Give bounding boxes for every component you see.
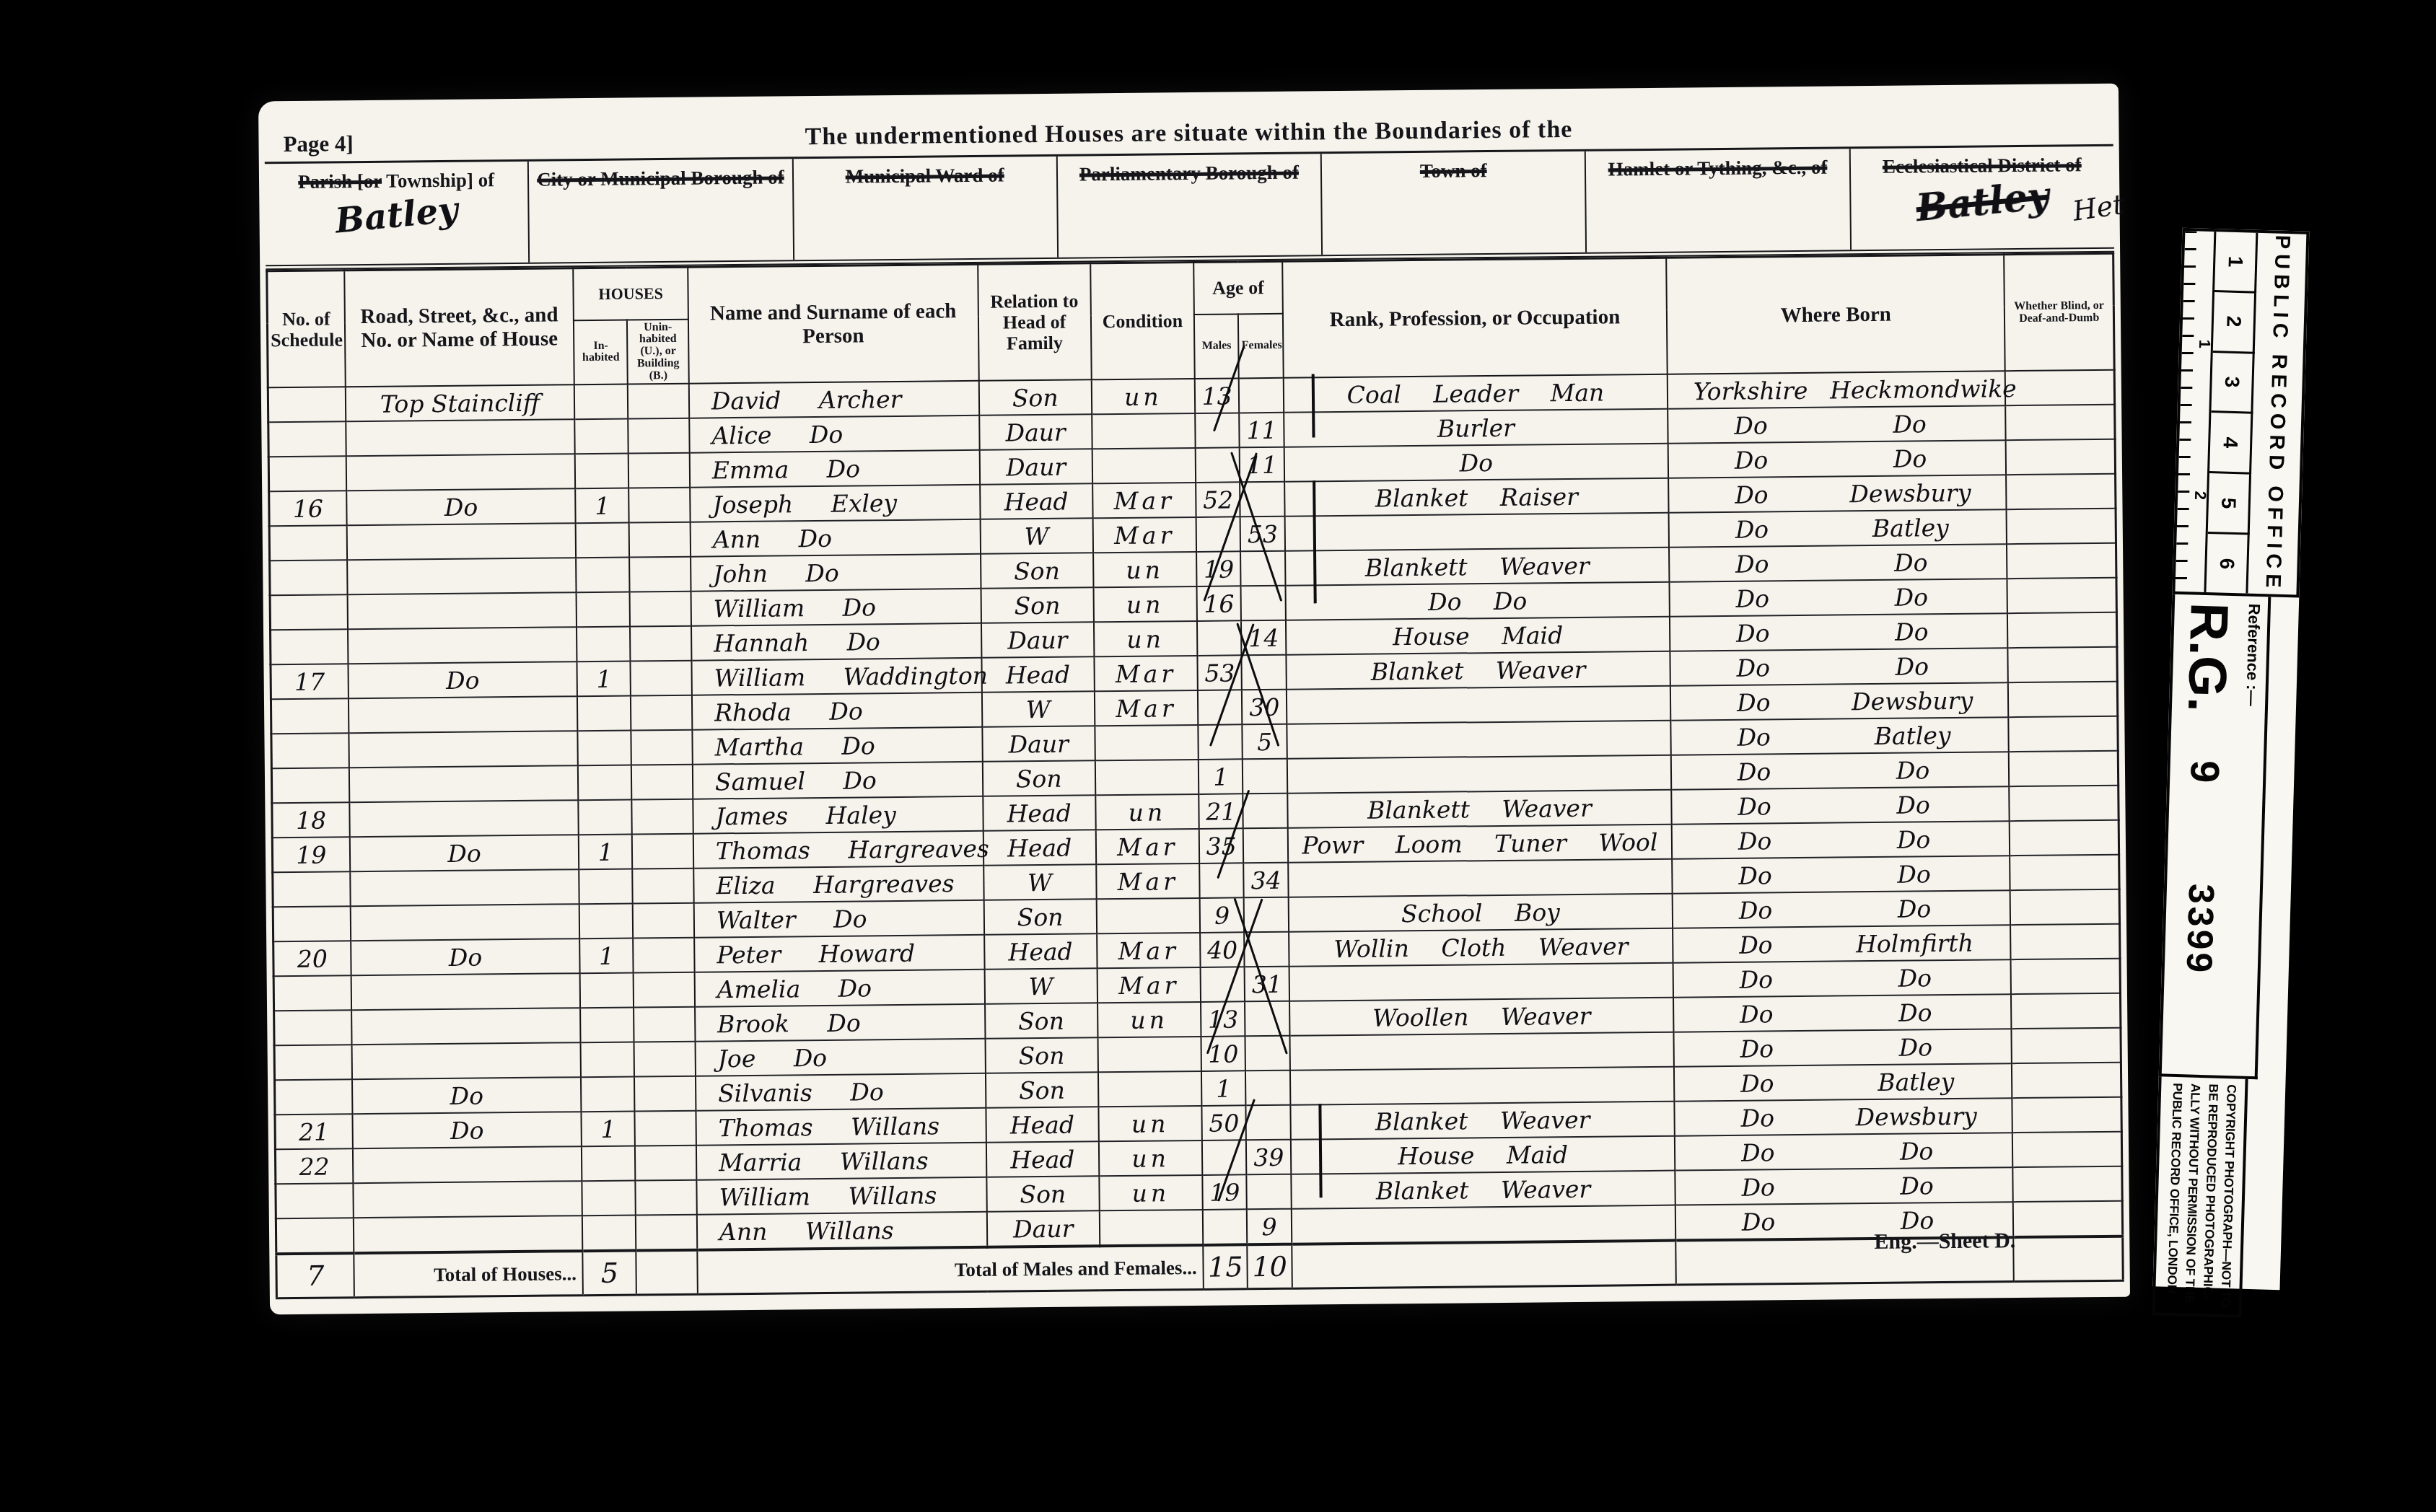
cell-road: Do	[346, 489, 576, 526]
cell-condition	[1092, 448, 1196, 483]
cell-road	[351, 905, 580, 941]
cell-uninhabited	[636, 1180, 697, 1216]
cell-age-male: 35	[1199, 829, 1244, 864]
cell-relation: Daur	[979, 415, 1092, 450]
cell-age-female	[1247, 1174, 1292, 1210]
cell-relation: W	[982, 692, 1095, 727]
cell-name: Brook Do	[695, 1004, 985, 1042]
cell-disability	[2011, 924, 2120, 959]
cell-name: Ann Willans	[697, 1212, 987, 1250]
stamp-copyright-notice: COPYRIGHT PHOTOGRAPH—NOT TO BE REPRODUCE…	[2152, 1076, 2248, 1317]
cell-age-male: 1	[1199, 760, 1243, 795]
cell-name: Thomas Willans	[696, 1108, 986, 1146]
cell-age-female	[1239, 378, 1284, 413]
cell-where-born: DoDo	[1675, 1168, 2013, 1205]
col-header-road: Road, Street, &c., and No. or Name of Ho…	[344, 268, 574, 387]
ruler-number: 2	[2191, 491, 2209, 500]
cell-occupation: Blankett Weaver	[1285, 548, 1670, 586]
cell-inhabited	[579, 800, 633, 835]
cell-occupation: Woollen Weaver	[1289, 998, 1674, 1036]
cell-where-born: DoBatley	[1674, 1064, 2012, 1102]
cell-name: Joe Do	[695, 1039, 985, 1076]
cell-inhabited	[579, 869, 634, 905]
cell-condition: un	[1099, 1175, 1203, 1210]
cell-relation: Head	[983, 830, 1096, 866]
cell-inhabited	[576, 558, 630, 593]
col-header-uninhabited: Unin-habited (U.), or Building (B.)	[627, 319, 688, 384]
table-body: Top StaincliffDavid ArcherSonun13Coal Le…	[268, 370, 2122, 1254]
col-header-relation: Relation to Head of Family	[978, 263, 1092, 381]
pro-stamp: 1 2 1 2 3 4 5 6 PUBLIC RECORD OFFICE Ref…	[2153, 228, 2310, 1290]
cell-inhabited	[577, 696, 631, 731]
cell-uninhabited	[631, 661, 692, 696]
cell-age-female: 34	[1244, 863, 1289, 898]
cell-disability	[2011, 959, 2120, 994]
cell-where-born: DoBatley	[1669, 510, 2007, 548]
cell-disability	[2006, 439, 2115, 475]
cell-condition: Mar	[1095, 690, 1199, 726]
cell-where-born: DoDo	[1673, 995, 2012, 1032]
col-header-occupation: Rank, Profession, or Occupation	[1282, 258, 1668, 378]
col-header-houses-group: HOUSES	[574, 267, 688, 320]
cell-age-male: 9	[1200, 898, 1245, 933]
cell-age-male	[1197, 621, 1242, 656]
cell-road	[350, 870, 579, 907]
cell-road	[354, 1216, 583, 1254]
cell-age-female: 39	[1246, 1140, 1291, 1175]
cell-relation: Son	[978, 380, 1092, 416]
cell-occupation	[1287, 686, 1671, 724]
cell-occupation: Do Do	[1285, 582, 1670, 620]
cell-relation: Son	[982, 761, 1095, 796]
cell-road	[347, 558, 577, 595]
cell-condition	[1100, 1210, 1204, 1246]
cell-name: Walter Do	[694, 900, 984, 938]
cell-uninhabited	[629, 522, 691, 558]
cell-where-born: DoDewsbury	[1668, 475, 2007, 513]
cell-where-born: DoDo	[1673, 891, 2011, 928]
cell-where-born: DoDo	[1668, 406, 2006, 444]
cell-schedule	[274, 1045, 352, 1081]
cell-age-male: 13	[1195, 379, 1240, 414]
cell-age-male: 1	[1201, 1071, 1246, 1107]
cell-schedule	[273, 907, 351, 942]
cell-age-female	[1246, 1105, 1291, 1140]
cell-condition: un	[1098, 1106, 1202, 1141]
copyright-line: COPYRIGHT PHOTOGRAPH—NOT TO	[2217, 1084, 2239, 1309]
cell-name: Hannah Do	[691, 623, 981, 661]
cell-uninhabited	[636, 1215, 697, 1251]
cell-schedule	[273, 976, 351, 1011]
cell-name: William Waddington	[691, 658, 981, 695]
cell-schedule: 20	[273, 941, 351, 977]
cell-disability	[2008, 682, 2117, 717]
field-label-struck: Parliamentary Borough of	[1079, 162, 1299, 185]
cell-road	[353, 1182, 582, 1218]
cell-name: John Do	[691, 554, 981, 592]
cell-occupation	[1284, 513, 1669, 551]
field-municipal-borough: City or Municipal Borough of	[527, 159, 793, 263]
cell-where-born: DoDo	[1671, 752, 2010, 790]
stamp-piece: 9	[2182, 760, 2228, 783]
cell-disability	[2013, 1201, 2122, 1237]
cell-inhabited	[576, 523, 630, 558]
field-label-struck: Municipal Ward of	[846, 164, 1004, 187]
cell-inhabited: 1	[577, 661, 631, 697]
cell-inhabited: 1	[579, 835, 633, 870]
cell-occupation: Do	[1284, 444, 1669, 482]
cell-inhabited	[577, 627, 631, 662]
cell-uninhabited	[631, 765, 693, 800]
cell-occupation	[1287, 755, 1672, 794]
cell-age-male: 16	[1197, 586, 1242, 622]
cell-inhabited	[581, 1042, 635, 1078]
cell-schedule: 22	[275, 1149, 353, 1184]
cell-occupation: Powr Loom Tuner Wool	[1288, 825, 1673, 863]
cell-schedule: 18	[272, 803, 350, 838]
cell-age-female	[1243, 794, 1288, 829]
cell-inhabited	[574, 384, 628, 420]
cell-disability	[2007, 612, 2116, 648]
cell-road: Do	[350, 835, 579, 872]
cell-disability	[2012, 1132, 2121, 1167]
cell-inhabited: 1	[582, 1112, 636, 1147]
cell-inhabited	[582, 1146, 636, 1182]
cell-schedule	[275, 1080, 353, 1115]
cell-where-born: DoDo	[1671, 787, 2010, 825]
cell-disability	[2012, 1028, 2121, 1063]
cell-occupation	[1287, 721, 1671, 759]
cell-age-female: 5	[1243, 724, 1287, 760]
total-persons-label: Total of Males and Females...	[697, 1245, 1204, 1294]
field-town: Town of	[1320, 151, 1586, 255]
cell-road: Top Staincliff	[346, 385, 575, 422]
cell-road	[349, 731, 578, 768]
scale-number: 6	[2215, 558, 2238, 569]
cell-inhabited	[577, 592, 631, 628]
cell-where-born: DoDo	[1672, 856, 2010, 894]
cell-uninhabited	[634, 972, 695, 1008]
cell-schedule	[274, 1011, 352, 1046]
field-label-struck: Town of	[1420, 159, 1487, 182]
empty-cell	[1292, 1241, 1676, 1289]
col-header-inhabited: In-habited	[574, 320, 628, 385]
cell-road: Do	[351, 939, 580, 976]
cell-condition	[1098, 1071, 1202, 1107]
cell-schedule	[268, 422, 346, 457]
ink-bar	[1312, 374, 1315, 437]
cell-schedule	[273, 872, 351, 907]
cell-occupation	[1288, 859, 1673, 897]
scale-number: 2	[2222, 316, 2245, 328]
cell-inhabited	[579, 904, 634, 939]
cell-road: Do	[352, 1078, 582, 1115]
cell-uninhabited	[634, 1007, 696, 1042]
cell-relation: Head	[980, 484, 1093, 519]
cell-where-born: DoDo	[1670, 649, 2009, 686]
cell-inhabited	[581, 1077, 635, 1112]
cell-where-born: DoDo	[1675, 1133, 2013, 1171]
cell-where-born: DoDo	[1674, 1029, 2012, 1067]
scale-number: 4	[2219, 436, 2242, 448]
cell-inhabited: 1	[575, 488, 629, 524]
cell-name: Martha Do	[692, 727, 982, 765]
cell-road	[351, 1008, 581, 1045]
cell-name: David Archer	[689, 381, 979, 418]
scale-number: 5	[2217, 497, 2240, 509]
cell-relation: Son	[983, 900, 1097, 935]
cell-where-born: DoDewsbury	[1670, 683, 2009, 721]
cell-inhabited	[575, 419, 629, 454]
stamp-item: 3399	[2179, 884, 2222, 977]
total-males: 15	[1203, 1245, 1248, 1290]
col-header-males: Males	[1194, 314, 1239, 379]
cell-disability	[2010, 786, 2119, 821]
cell-schedule	[268, 387, 346, 423]
cell-name: Ann Do	[691, 519, 981, 557]
cell-occupation: Blankett Weaver	[1287, 790, 1672, 828]
cell-age-male	[1203, 1210, 1248, 1246]
cell-uninhabited	[631, 695, 692, 731]
cell-disability	[2011, 993, 2120, 1029]
cell-schedule: 21	[275, 1115, 353, 1150]
cell-condition: Mar	[1092, 517, 1196, 553]
field-label-struck: Hamlet or Tything, &c., of	[1608, 157, 1828, 180]
cell-schedule	[270, 595, 348, 630]
cell-schedule	[271, 734, 349, 769]
cell-where-born: DoBatley	[1670, 718, 2009, 755]
cell-road	[346, 454, 576, 491]
cell-name: Alice Do	[689, 416, 979, 453]
cell-occupation: Blanket Weaver	[1286, 651, 1670, 690]
cell-where-born: DoDo	[1669, 545, 2007, 582]
cell-occupation: Blanket Weaver	[1291, 1171, 1675, 1209]
cell-occupation: Coal Leader Man	[1284, 374, 1668, 413]
cell-uninhabited	[630, 626, 691, 661]
sheet-footer: Eng.—Sheet D.	[1874, 1228, 2015, 1254]
margin-note: Het	[2071, 188, 2126, 227]
location-fields-row: Parish [or Township] of Batley City or M…	[265, 146, 2114, 271]
cell-where-born: YorkshireHeckmondwike	[1668, 372, 2006, 409]
col-header-condition: Condition	[1090, 262, 1195, 379]
cell-disability	[2009, 751, 2118, 786]
cell-disability	[2009, 716, 2118, 752]
field-label-struck: City or Municipal Borough of	[537, 166, 784, 190]
field-parliamentary-borough: Parliamentary Borough of	[1056, 154, 1322, 258]
total-houses-label: Total of Houses...	[354, 1252, 583, 1298]
cell-condition: Mar	[1092, 483, 1196, 518]
cell-disability	[2007, 578, 2116, 613]
cell-road	[352, 1043, 582, 1080]
cell-condition	[1096, 898, 1200, 933]
cell-schedule	[271, 699, 349, 734]
cell-occupation: Blanket Weaver	[1290, 1102, 1675, 1140]
cell-occupation: House Maid	[1286, 617, 1670, 655]
cell-occupation: School Boy	[1289, 894, 1673, 932]
cell-occupation: House Maid	[1291, 1136, 1675, 1174]
cell-condition: un	[1099, 1140, 1203, 1176]
cell-occupation: Wollin Cloth Weaver	[1289, 928, 1673, 967]
cell-age-male	[1198, 725, 1243, 760]
cell-age-male	[1201, 967, 1245, 1003]
col-header-schedule: No. of Schedule	[267, 271, 346, 388]
cell-name: Silvanis Do	[696, 1073, 986, 1111]
cell-relation: Head	[984, 934, 1097, 970]
cell-uninhabited	[631, 730, 693, 765]
cell-uninhabited	[635, 1111, 696, 1146]
cell-road: Do	[352, 1112, 582, 1149]
cell-occupation	[1290, 1067, 1675, 1105]
cell-disability	[2007, 509, 2116, 544]
cell-disability	[2012, 1097, 2121, 1133]
empty-cell	[636, 1250, 698, 1295]
cell-relation: Son	[981, 588, 1094, 623]
cell-condition: un	[1097, 1002, 1201, 1037]
cell-uninhabited	[634, 1076, 696, 1112]
cell-age-male	[1196, 517, 1241, 553]
cell-age-female	[1243, 759, 1287, 794]
cell-uninhabited	[630, 557, 691, 592]
cell-condition: un	[1093, 586, 1197, 622]
cell-relation: Head	[986, 1142, 1100, 1177]
cell-condition: Mar	[1096, 863, 1200, 899]
cell-uninhabited	[633, 903, 694, 939]
stamp-reference-box: Reference :— R.G. 9 3399	[2159, 594, 2271, 1080]
cell-uninhabited	[628, 418, 690, 454]
cell-relation: Head	[983, 796, 1096, 831]
cell-schedule: 16	[269, 491, 347, 527]
cell-condition: un	[1092, 379, 1196, 414]
cell-uninhabited	[632, 799, 693, 835]
cell-condition	[1097, 1037, 1201, 1072]
cell-schedule	[268, 457, 346, 492]
cell-condition: un	[1093, 552, 1197, 587]
census-table: No. of Schedule Road, Street, &c., and N…	[266, 252, 2124, 1300]
cell-condition: Mar	[1097, 933, 1201, 968]
cell-name: Samuel Do	[693, 762, 983, 799]
stamp-series-reference: R.G. 9 3399	[2166, 602, 2240, 1068]
cell-inhabited	[578, 731, 632, 766]
cell-uninhabited	[634, 1042, 696, 1077]
cell-condition: un	[1094, 621, 1198, 656]
cell-name: Thomas Hargreaves	[693, 831, 983, 869]
cell-inhabited	[582, 1181, 636, 1216]
cell-disability	[2010, 820, 2119, 856]
cell-road	[349, 697, 578, 734]
cell-relation: Daur	[979, 449, 1092, 485]
cell-where-born: DoHolmfirth	[1673, 926, 2011, 963]
cell-age-male	[1196, 448, 1240, 483]
cell-road: Do	[348, 662, 577, 699]
cell-condition: un	[1095, 794, 1199, 830]
cell-inhabited: 1	[579, 939, 634, 974]
col-header-name: Name and Surname of each Person	[688, 264, 978, 384]
cell-schedule: 19	[272, 838, 350, 873]
cell-relation: W	[980, 519, 1093, 554]
cell-condition	[1092, 413, 1196, 449]
total-schedules: 7	[276, 1254, 354, 1299]
cell-name: Eliza Hargreaves	[693, 866, 983, 903]
cell-relation: Son	[985, 1003, 1098, 1039]
cell-disability	[2007, 543, 2116, 579]
cell-where-born: DoDo	[1670, 614, 2008, 651]
cell-condition: Mar	[1097, 967, 1201, 1003]
cell-age-female	[1241, 551, 1286, 586]
cell-where-born: DoDo	[1672, 822, 2010, 859]
cell-name: Amelia Do	[695, 970, 985, 1007]
cell-inhabited	[578, 765, 632, 801]
cell-age-female: 9	[1247, 1209, 1292, 1245]
scale-number: 3	[2220, 377, 2243, 388]
cell-name: Joseph Exley	[690, 485, 980, 522]
cell-relation: Daur	[982, 726, 1095, 762]
cell-name: Rhoda Do	[692, 693, 982, 730]
cell-relation: Son	[986, 1073, 1099, 1108]
stamp-series: R.G.	[2177, 602, 2240, 713]
cell-disability	[2012, 1063, 2121, 1098]
cell-occupation	[1289, 963, 1673, 1001]
cell-schedule: 17	[271, 664, 349, 700]
cell-schedule	[269, 526, 347, 561]
field-municipal-ward: Municipal Ward of	[792, 157, 1057, 260]
cell-disability	[2007, 474, 2116, 509]
cell-disability	[2010, 889, 2119, 925]
field-parish-township: Parish [or Township] of Batley	[265, 162, 529, 265]
cell-where-born: DoDo	[1673, 960, 2012, 998]
cell-occupation: Burler	[1284, 409, 1668, 447]
cell-inhabited	[582, 1216, 636, 1252]
cell-relation: W	[984, 969, 1097, 1004]
cell-name: Marria Willans	[696, 1143, 986, 1180]
cell-name: Peter Howard	[694, 935, 984, 972]
cell-age-female: 11	[1240, 413, 1284, 448]
cell-name: James Haley	[693, 796, 983, 834]
cell-schedule	[270, 561, 348, 596]
cell-disability	[2005, 370, 2114, 405]
ruler-number: 1	[2195, 339, 2214, 348]
cell-relation: Son	[981, 553, 1094, 589]
cell-age-male	[1202, 1140, 1247, 1176]
cell-road	[346, 420, 575, 457]
scale-number: 1	[2224, 255, 2247, 267]
cell-condition: Mar	[1094, 656, 1198, 691]
cell-inhabited	[580, 973, 634, 1008]
census-sheet: Page 4] The undermentioned Houses are si…	[258, 84, 2130, 1315]
col-header-age-group: Age of	[1193, 261, 1282, 314]
cell-schedule	[271, 630, 349, 665]
stamp-office-label: PUBLIC RECORD OFFICE	[2260, 234, 2294, 593]
cell-where-born: DoDo	[1670, 579, 2008, 617]
cell-uninhabited	[629, 488, 691, 523]
field-label-struck: Parish [or	[298, 170, 382, 193]
cell-occupation	[1289, 1032, 1674, 1071]
col-header-born: Where Born	[1666, 255, 2005, 374]
cell-age-female	[1245, 1001, 1290, 1037]
cell-inhabited	[575, 454, 629, 489]
cell-relation: Son	[985, 1038, 1098, 1073]
film-background: Page 4] The undermentioned Houses are si…	[0, 0, 2436, 1512]
cell-occupation	[1292, 1205, 1676, 1244]
col-header-disability: Whether Blind, or Deaf-and-Dumb	[2005, 253, 2115, 371]
field-hamlet: Hamlet or Tything, &c., of	[1585, 149, 1850, 252]
empty-cell	[2014, 1236, 2124, 1282]
cell-age-female	[1243, 828, 1288, 863]
cell-disability	[2010, 855, 2119, 890]
cell-occupation: Blanket Raiser	[1284, 478, 1669, 517]
cell-road	[353, 1147, 582, 1184]
cell-road	[348, 628, 577, 664]
cell-condition: Mar	[1096, 829, 1200, 864]
